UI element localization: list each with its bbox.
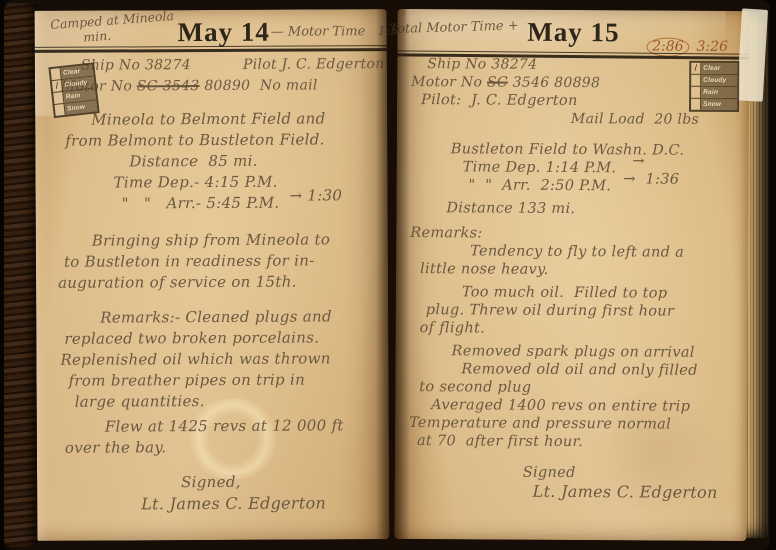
weather-stamp: Clear/CloudyRainSnow [48,62,99,118]
log-text: Signed, [181,473,241,491]
log-line: Mail Load 20 lbs [571,111,747,129]
log-text: Averaged 1400 revs on entire trip [431,397,690,415]
log-text: SC [487,74,508,90]
weather-label: Snow [701,99,737,110]
log-line: over the bay. [65,437,383,458]
log-text: Pilot: J. C. Edgerton [421,92,578,109]
log-line: of flight. [420,320,746,339]
log-line: from Belmont to Bustleton Field. [65,130,381,151]
log-text: from breather pipes on trip in [69,371,306,390]
logbook-photo: { "left_page": { "date": "May 14", "corn… [0,0,776,550]
log-text: Pilot J. C. Edgerton [243,56,385,73]
log-line: plug. Threw oil during first hour [426,302,746,321]
log-line: Remarks:- Cleaned plugs and [100,307,382,327]
log-entry-body: Ship No 38274Motor No SC 3546 80898Pilot… [409,55,748,501]
logbook-page-may-14: Camped at Mineola min. May 14 — Motor Ti… [35,9,390,541]
log-text: Removed spark plugs on arrival [451,343,694,360]
log-line: Bringing ship from Mineola to [92,230,382,251]
log-line: Removed spark plugs on arrival [451,343,745,362]
log-line: Temperature and pressure normal [409,415,745,434]
motor-time-note: — Motor Time 1:55 [271,24,407,40]
log-line: Ship No 38274Pilot J. C. Edgerton [81,55,381,76]
log-line: to second plug [419,379,745,398]
log-text: to second plug [419,379,531,396]
log-line: Tendency to fly to left and a [470,243,746,262]
log-line: Remarks: [410,225,746,244]
log-text: → 1:36 [623,171,679,188]
log-text: Time Dep.- 4:15 P.M. [113,173,277,192]
log-text: Replenished oil which was thrown [60,349,330,368]
log-text: to Bustleton in readiness for in- [64,251,315,270]
log-text: → [632,153,645,170]
log-text: " " Arr.- 5:45 P.M. [122,194,280,213]
log-text: Bustleton Field to Washn. D.C. [451,141,685,158]
log-text: Ship No 38274 [81,57,191,74]
log-text: Remarks:- Cleaned plugs and [100,307,332,326]
log-text: Too much oil. Filled to top [462,284,668,301]
log-line: Distance 133 mi. [446,200,746,219]
log-text: of flight. [420,320,486,336]
weather-checkbox [691,99,701,110]
weather-checkbox [691,87,701,98]
log-line: little nose heavy. [420,261,746,280]
log-text: Tendency to fly to left and a [470,243,684,260]
log-line: replaced two broken porcelains. [64,328,382,349]
log-line: Distance 85 mi. [129,151,381,171]
log-text: → 1:30 [289,186,342,205]
log-text: Signed [523,465,576,481]
logbook: Camped at Mineola min. May 14 — Motor Ti… [4,0,770,550]
log-line: to Bustleton in readiness for in- [64,251,382,272]
log-line: Signed, [181,472,383,492]
weather-label: Cloudy [701,75,737,86]
log-line: Flew at 1425 revs at 12 000 ft [105,416,383,436]
log-line: Too much oil. Filled to top [462,284,746,303]
weather-checkbox: / [691,63,701,74]
log-line: from breather pipes on trip in [69,370,383,391]
header-rule [35,45,387,53]
weather-label: Clear [701,63,737,74]
weather-row: Cloudy [691,75,737,87]
log-text: at 70 after first hour. [417,433,583,450]
log-text: Bringing ship from Mineola to [92,230,330,249]
log-text: from Belmont to Bustleton Field. [65,130,324,149]
log-line: Lt. James C. Edgerton [533,483,745,501]
log-line: at 70 after first hour. [417,433,745,452]
log-line: Mineola to Belmont Field and [91,109,381,130]
log-text: Lt. James C. Edgerton [141,493,326,513]
log-line: Averaged 1400 revs on entire trip [431,397,745,416]
glassine-sheet-corner [737,8,768,101]
log-line: Motor No SC-3543 80890 No mail [61,76,381,97]
log-line: Replenished oil which was thrown [60,349,382,370]
weather-checkbox [691,75,701,86]
log-text: Mineola to Belmont Field and [91,109,325,128]
log-line: Signed [523,465,745,483]
log-line: Bustleton Field to Washn. D.C. [451,141,747,160]
log-text: Remarks: [410,225,482,241]
weather-stamp: /ClearCloudyRainSnow [689,61,739,112]
weather-label: Snow [64,100,97,114]
log-text: SC-3543 [137,78,200,94]
log-text: " " Arr. 2:50 P.M. [468,177,611,194]
log-entry-body: Ship No 38274Pilot J. C. EdgertonMotor N… [57,53,383,514]
log-text: Distance 85 mi. [129,152,258,171]
log-text: auguration of service on 15th. [58,273,297,292]
log-line: large quantities. [75,391,383,412]
log-text: Removed old oil and only filled [461,361,697,378]
book-spine [4,3,38,547]
log-text: Distance 133 mi. [446,200,575,217]
log-text: Ship No 38274 [427,56,537,73]
log-line: Lt. James C. Edgerton [141,493,383,513]
log-text: Temperature and pressure normal [409,415,671,433]
log-text: over the bay. [65,438,166,457]
weather-row: Snow [691,99,737,110]
weather-row: /Clear [691,63,737,75]
log-text: Mail Load 20 lbs [571,111,699,128]
log-text: Flew at 1425 revs at 12 000 ft [105,416,344,435]
log-text: replaced two broken porcelains. [64,328,319,347]
weather-label: Rain [701,87,737,98]
log-line: " " Arr.- 5:45 P.M.→ 1:30 [122,193,382,213]
rule-thick-line [35,48,387,53]
log-text: 80890 No mail [200,77,318,94]
logbook-page-may-15: Total Motor Time + May 15 2:863:26 /Clea… [394,9,749,541]
log-line: auguration of service on 15th. [58,272,382,293]
log-line: " " Arr. 2:50 P.M.→ 1:36 [468,177,746,196]
log-text: Lt. James C. Edgerton [533,482,718,502]
weather-row: Rain [691,87,737,99]
log-text: plug. Threw oil during first hour [426,302,674,320]
log-text: large quantities. [75,392,205,411]
log-text: 3546 80898 [508,75,600,92]
log-line: Time Dep. 1:14 P.M.→ [463,159,747,178]
log-line: Removed old oil and only filled [461,361,745,380]
log-text: Time Dep. 1:14 P.M. [463,159,617,176]
log-text: Motor No [411,74,487,90]
log-text: little nose heavy. [420,261,549,278]
